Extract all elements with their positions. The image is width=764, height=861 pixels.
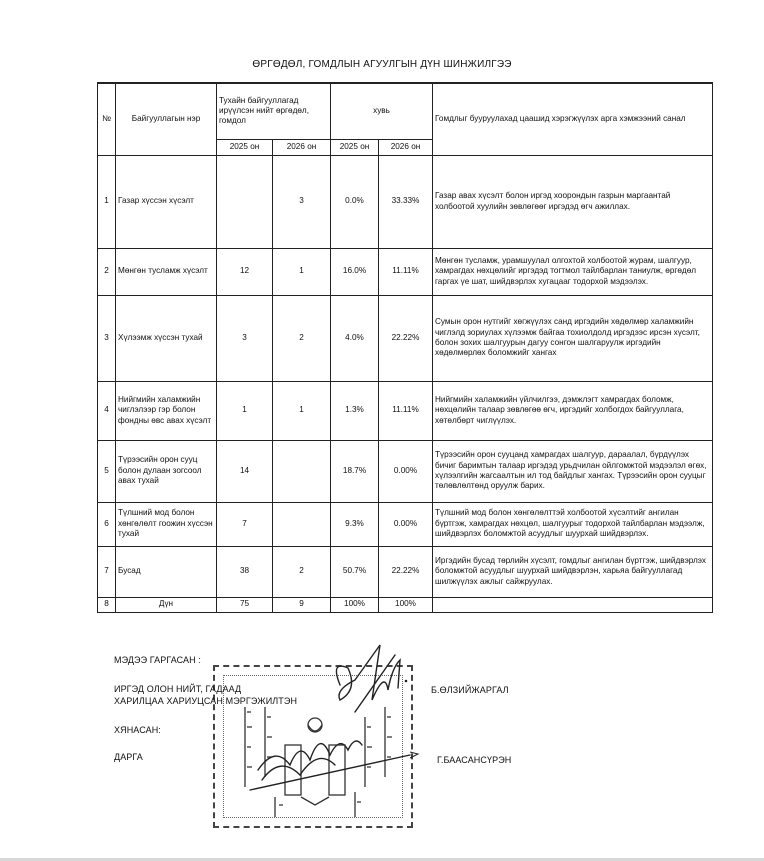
issued-by-label: МЭДЭЭ ГАРГАСАН : <box>114 655 201 666</box>
reviewed-by-label: ХЯНАСАН: <box>114 725 161 736</box>
issuer-name: Б.ӨЛЗИЙЖАРГАЛ <box>431 685 509 696</box>
reviewer-name: Г.БААСАНСҮРЭН <box>437 755 511 766</box>
reviewer-title: ДАРГА <box>114 752 143 763</box>
issuer-title-line1: ИРГЭД ОЛОН НИЙТ, ГАДААД <box>114 684 241 695</box>
issuer-title-line2: ХАРИЛЦАА ХАРИУЦСАН МЭРГЭЖИЛТЭН <box>114 696 297 707</box>
document-page: ӨРГӨДӨЛ, ГОМДЛЫН АГУУЛГЫН ДҮН ШИНЖИЛГЭЭ … <box>0 0 764 858</box>
